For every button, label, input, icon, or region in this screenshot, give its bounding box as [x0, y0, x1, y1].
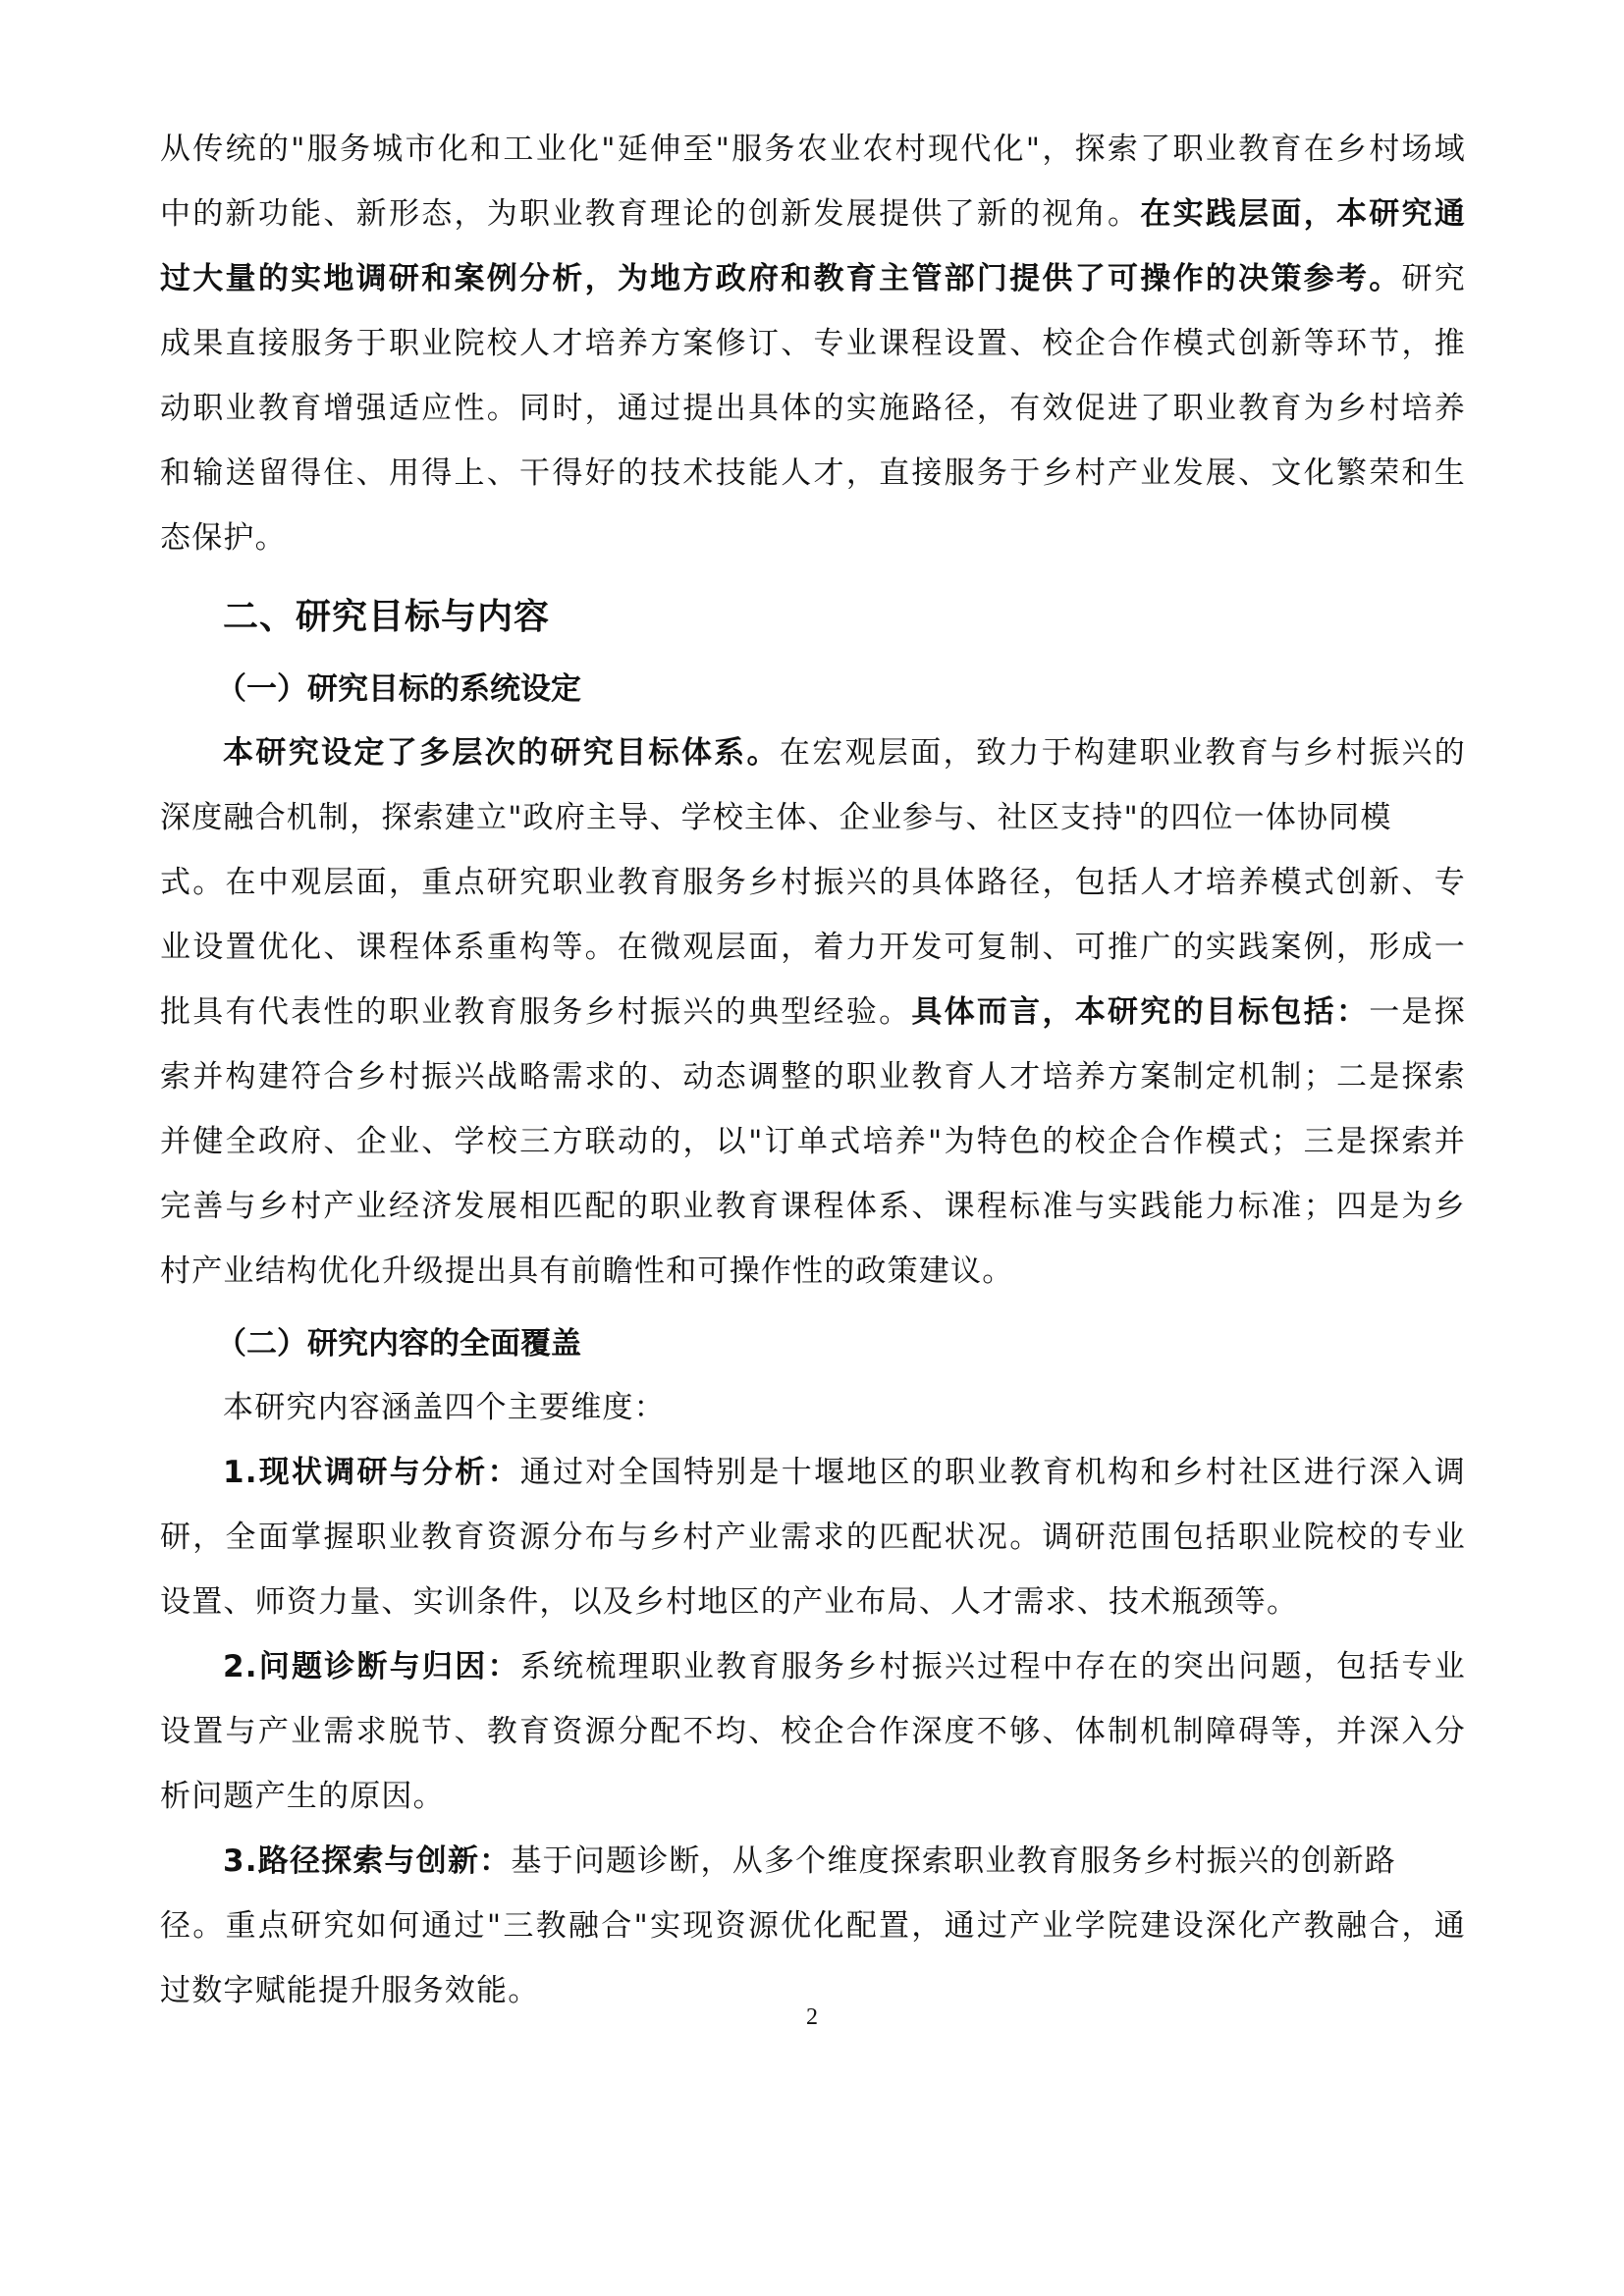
paragraph-line: 深度融合机制，探索建立"政府主导、学校主体、企业参与、社区支持"的四位一体协同模 [160, 796, 1466, 839]
text-run: 径。重点研究如何通过"三教融合"实现资源优化配置，通过产业学院建设深化产教融合，… [160, 1908, 1466, 1944]
paragraph-line: 并健全政府、企业、学校三方联动的，以"订单式培养"为特色的校企合作模式；三是探索… [160, 1120, 1466, 1163]
document-page: 从传统的"服务城市化和工业化"延伸至"服务农业农村现代化"，探索了职业教育在乡村… [0, 0, 1624, 2296]
paragraph-line: 设置与产业需求脱节、教育资源分配不均、校企合作深度不够、体制机制障碍等，并深入分 [160, 1710, 1466, 1753]
text-run: 并健全政府、企业、学校三方联动的，以"订单式培养"为特色的校企合作模式；三是探索… [160, 1124, 1466, 1159]
paragraph-line: 2.问题诊断与归因：系统梳理职业教育服务乡村振兴过程中存在的突出问题，包括专业 [223, 1645, 1466, 1688]
paragraph-line: 动职业教育增强适应性。同时，通过提出具体的实施路径，有效促进了职业教育为乡村培养 [160, 387, 1466, 430]
bold-text-run: 过大量的实地调研和案例分析，为地方政府和教育主管部门提供了可操作的决策参考。 [160, 261, 1402, 296]
text-run: 完善与乡村产业经济发展相匹配的职业教育课程体系、课程标准与实践能力标准；四是为乡 [160, 1189, 1466, 1224]
text-run: 通过对全国特别是十堰地区的职业教育机构和乡村社区进行深入调 [520, 1455, 1466, 1490]
paragraph-line: 1.现状调研与分析：通过对全国特别是十堰地区的职业教育机构和乡村社区进行深入调 [223, 1451, 1466, 1494]
paragraph-line: 索并构建符合乡村振兴战略需求的、动态调整的职业教育人才培养方案制定机制；二是探索 [160, 1055, 1466, 1098]
bold-text-run: 在实践层面，本研究通 [1140, 196, 1466, 232]
paragraph-line: 研，全面掌握职业教育资源分布与乡村产业需求的匹配状况。调研范围包括职业院校的专业 [160, 1516, 1466, 1559]
text-run: 中的新功能、新形态，为职业教育理论的创新发展提供了新的视角。 [160, 196, 1140, 232]
text-run: 过数字赋能提升服务效能。 [160, 1973, 539, 2008]
subsection-title-content: （二）研究内容的全面覆盖 [216, 1322, 581, 1365]
paragraph-line: 从传统的"服务城市化和工业化"延伸至"服务农业农村现代化"，探索了职业教育在乡村… [160, 128, 1466, 171]
paragraph-line: 本研究设定了多层次的研究目标体系。在宏观层面，致力于构建职业教育与乡村振兴的 [223, 731, 1466, 774]
text-run: 研，全面掌握职业教育资源分布与乡村产业需求的匹配状况。调研范围包括职业院校的专业 [160, 1520, 1466, 1555]
paragraph-line: 态保护。 [160, 516, 1466, 560]
text-run: 析问题产生的原因。 [160, 1779, 445, 1814]
text-run: 成果直接服务于职业院校人才培养方案修订、专业课程设置、校企合作模式创新等环节，推 [160, 326, 1466, 361]
bold-text-run: 2.问题诊断与归因： [223, 1649, 520, 1684]
paragraph-line: 批具有代表性的职业教育服务乡村振兴的典型经验。具体而言，本研究的目标包括：一是探 [160, 990, 1466, 1034]
text-run: 一是探 [1369, 994, 1466, 1030]
text-run: 系统梳理职业教育服务乡村振兴过程中存在的突出问题，包括专业 [520, 1649, 1466, 1684]
text-run: 从传统的"服务城市化和工业化"延伸至"服务农业农村现代化"，探索了职业教育在乡村… [160, 132, 1466, 167]
paragraph-line: 径。重点研究如何通过"三教融合"实现资源优化配置，通过产业学院建设深化产教融合，… [160, 1904, 1466, 1948]
bold-text-run: 1.现状调研与分析： [223, 1455, 520, 1490]
text-run: 和输送留得住、用得上、干得好的技术技能人才，直接服务于乡村产业发展、文化繁荣和生 [160, 455, 1466, 491]
content-intro: 本研究内容涵盖四个主要维度： [223, 1386, 1529, 1429]
page-number: 2 [800, 2002, 824, 2032]
paragraph-line: 3.路径探索与创新：基于问题诊断，从多个维度探索职业教育服务乡村振兴的创新路 [223, 1840, 1529, 1883]
paragraph-line: 式。在中观层面，重点研究职业教育服务乡村振兴的具体路径，包括人才培养模式创新、专 [160, 861, 1466, 904]
text-run: 批具有代表性的职业教育服务乡村振兴的典型经验。 [160, 994, 911, 1030]
paragraph-line: 成果直接服务于职业院校人才培养方案修订、专业课程设置、校企合作模式创新等环节，推 [160, 322, 1466, 365]
bold-text-run: 3.路径探索与创新： [223, 1843, 511, 1879]
paragraph-line: 村产业结构优化升级提出具有前瞻性和可操作性的政策建议。 [160, 1250, 1466, 1293]
text-run: 动职业教育增强适应性。同时，通过提出具体的实施路径，有效促进了职业教育为乡村培养 [160, 391, 1466, 426]
paragraph-line: 过大量的实地调研和案例分析，为地方政府和教育主管部门提供了可操作的决策参考。研究 [160, 257, 1466, 300]
bold-text-run: 具体而言，本研究的目标包括： [911, 994, 1369, 1030]
text-run: 基于问题诊断，从多个维度探索职业教育服务乡村振兴的创新路 [511, 1843, 1396, 1879]
text-run: 索并构建符合乡村振兴战略需求的、动态调整的职业教育人才培养方案制定机制；二是探索 [160, 1059, 1466, 1095]
text-run: 研究 [1402, 261, 1466, 296]
paragraph-line: 完善与乡村产业经济发展相匹配的职业教育课程体系、课程标准与实践能力标准；四是为乡 [160, 1185, 1466, 1228]
text-run: 式。在中观层面，重点研究职业教育服务乡村振兴的具体路径，包括人才培养模式创新、专 [160, 865, 1466, 900]
paragraph-line: 析问题产生的原因。 [160, 1775, 1466, 1818]
text-run: 态保护。 [160, 520, 287, 556]
paragraph-line: 业设置优化、课程体系重构等。在微观层面，着力开发可复制、可推广的实践案例，形成一 [160, 926, 1466, 969]
text-run: 深度融合机制，探索建立"政府主导、学校主体、企业参与、社区支持"的四位一体协同模 [160, 800, 1392, 835]
text-run: 设置与产业需求脱节、教育资源分配不均、校企合作深度不够、体制机制障碍等，并深入分 [160, 1714, 1466, 1749]
text-run: 设置、师资力量、实训条件，以及乡村地区的产业布局、人才需求、技术瓶颈等。 [160, 1584, 1298, 1620]
paragraph-line: 中的新功能、新形态，为职业教育理论的创新发展提供了新的视角。在实践层面，本研究通 [160, 192, 1466, 236]
text-run: 在宏观层面，致力于构建职业教育与乡村振兴的 [780, 735, 1466, 771]
subsection-title-objectives: （一）研究目标的系统设定 [216, 667, 581, 711]
paragraph-line: 和输送留得住、用得上、干得好的技术技能人才，直接服务于乡村产业发展、文化繁荣和生 [160, 452, 1466, 495]
text-run: 村产业结构优化升级提出具有前瞻性和可操作性的政策建议。 [160, 1254, 1013, 1289]
text-run: 业设置优化、课程体系重构等。在微观层面，着力开发可复制、可推广的实践案例，形成一 [160, 930, 1466, 965]
section-heading: 二、研究目标与内容 [223, 594, 550, 641]
paragraph-line: 设置、师资力量、实训条件，以及乡村地区的产业布局、人才需求、技术瓶颈等。 [160, 1580, 1466, 1624]
bold-text-run: 本研究设定了多层次的研究目标体系。 [223, 735, 780, 771]
